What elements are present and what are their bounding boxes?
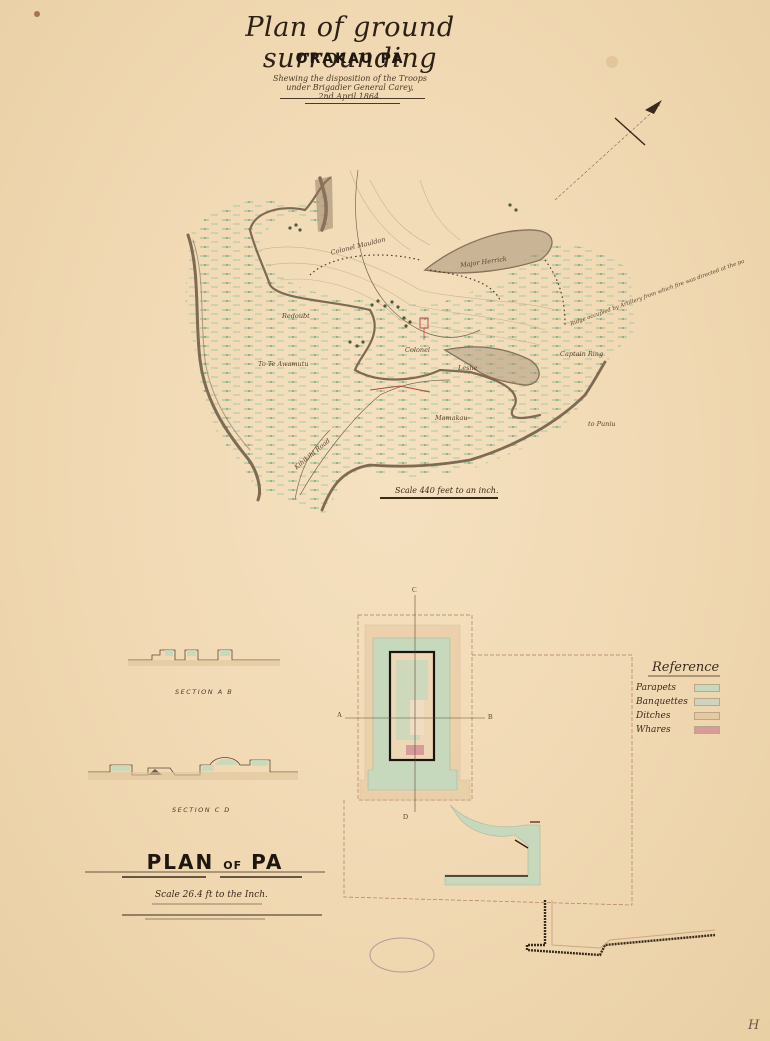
legend-label: Ditches [636, 711, 694, 721]
plan-title-right: PA [251, 850, 283, 874]
plan-title-of: OF [223, 859, 242, 872]
label-colonel: Colonel [405, 346, 430, 354]
site-map-drawing [0, 0, 770, 1041]
legend-swatch [694, 684, 720, 692]
legend-title: Reference [652, 660, 736, 675]
legend: Reference Parapets Banquettes Ditches Wh… [636, 660, 736, 737]
marker-c: C [412, 586, 417, 594]
marker-a: A [337, 711, 342, 719]
label-to-puniu: to Puniu [588, 420, 616, 428]
corner-mark: H [748, 1018, 759, 1033]
legend-swatch [694, 698, 720, 706]
plan-title: PLAN OF PA [100, 850, 330, 874]
label-to-te-awamutu: To Te Awamutu [258, 360, 309, 368]
legend-item-ditches: Ditches [636, 709, 736, 723]
plan-title-left: PLAN [147, 850, 215, 874]
site-map-scale: Scale 440 feet to an inch. [395, 486, 499, 495]
label-mamakau: Mamakau [435, 414, 468, 422]
legend-swatch [694, 726, 720, 734]
section-cd-label: SECTION C D [172, 806, 231, 814]
legend-item-banquettes: Banquettes [636, 695, 736, 709]
marker-d: D [403, 813, 408, 821]
label-leslie: Leslie [458, 364, 478, 372]
marker-b: B [488, 713, 493, 721]
legend-label: Whares [636, 725, 694, 735]
legend-swatch [694, 712, 720, 720]
legend-label: Banquettes [636, 697, 694, 707]
legend-item-parapets: Parapets [636, 681, 736, 695]
label-redoubt: Redoubt [282, 312, 310, 320]
legend-label: Parapets [636, 683, 694, 693]
legend-item-whares: Whares [636, 723, 736, 737]
legend-items: Parapets Banquettes Ditches Whares [636, 681, 736, 737]
section-ab-label: SECTION A B [175, 688, 233, 696]
label-captain: Captain Ring [560, 350, 603, 358]
plan-scale: Scale 26.4 ft to the Inch. [155, 890, 268, 900]
